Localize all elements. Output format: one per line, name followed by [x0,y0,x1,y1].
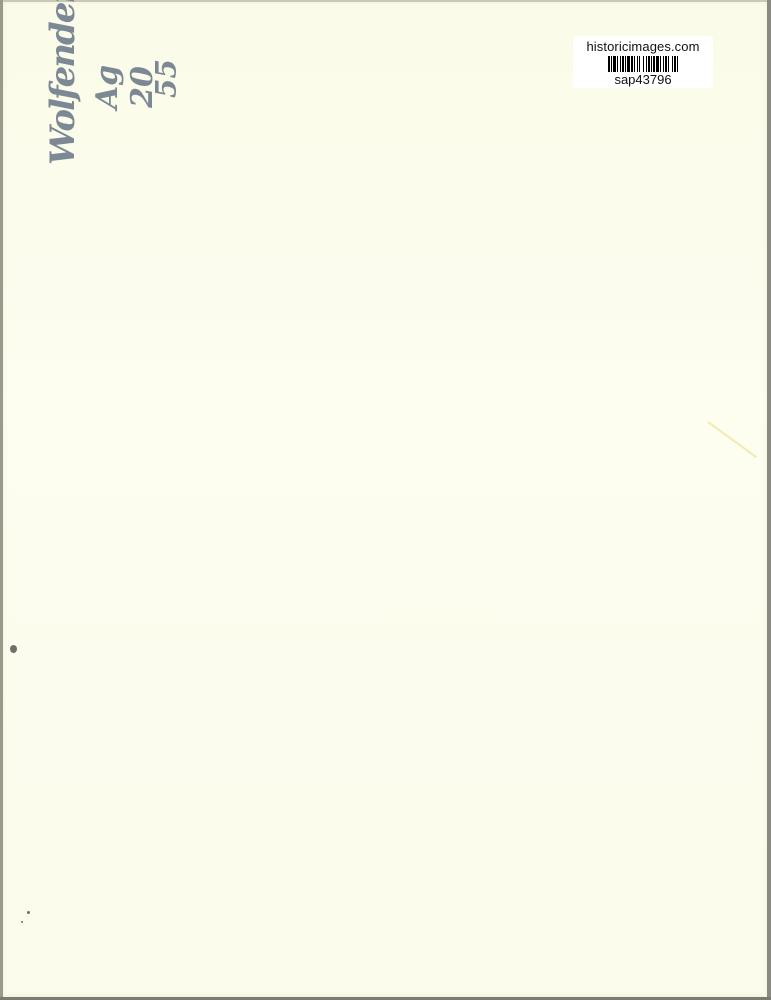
handwritten-name: Wolfenden [43,15,83,165]
dust-speck [10,645,17,653]
sticker-site: historicimages.com [573,39,713,54]
dust-speck [27,911,30,914]
photo-back [2,1,768,997]
photo-edge-left [0,0,3,1000]
photo-edge-right [767,0,771,1000]
photo-edge-top [0,0,771,2]
archive-sticker: historicimages.com sap43796 [573,36,713,88]
sticker-code: sap43796 [573,72,713,87]
dust-speck [21,921,23,923]
handwritten-year: 55 [150,49,183,109]
barcode-icon [585,56,701,72]
